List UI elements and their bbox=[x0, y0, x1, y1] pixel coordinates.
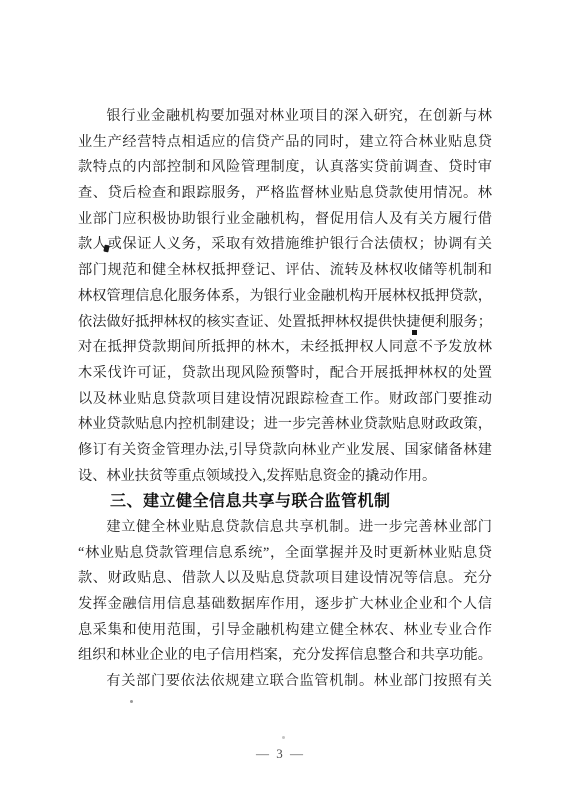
text-line: 业生产经营特点相适应的信贷产品的同时，建立符合林业贴息贷 bbox=[78, 130, 492, 156]
text-line: 发挥金融信用信息基础数据库作用，逐步扩大林业企业和个人信 bbox=[78, 592, 492, 618]
text-line: 依法做好抵押林权的核实查证、处置抵押林权提供快捷便利服务； bbox=[78, 310, 492, 336]
page-number: — 3 — bbox=[0, 746, 561, 762]
text-line: 息采集和使用范围，引导金融机构建立健全林农、林业专业合作 bbox=[78, 618, 492, 644]
text-line: 设、林业扶贫等重点领域投入,发挥贴息资金的撬动作用。 bbox=[78, 464, 492, 490]
ink-speck bbox=[130, 700, 133, 703]
text-line: 银行业金融机构要加强对林业项目的深入研究，在创新与林 bbox=[78, 104, 492, 130]
text-line: 有关部门要依法依规建立联合监管机制。林业部门按照有关 bbox=[78, 669, 492, 695]
text-line: 款人或保证人义务，采取有效措施维护银行合法债权；协调有关 bbox=[78, 232, 492, 258]
body-text: 银行业金融机构要加强对林业项目的深入研究，在创新与林 业生产经营特点相适应的信贷… bbox=[78, 104, 492, 695]
text-line: 建立健全林业贴息贷款信息共享机制。进一步完善林业部门 bbox=[78, 515, 492, 541]
ink-speck bbox=[412, 330, 417, 335]
text-line: 林权管理信息化服务体系，为银行业金融机构开展林权抵押贷款， bbox=[78, 284, 492, 310]
text-line: 款、财政贴息、借款人以及贴息贷款项目建设情况等信息。充分 bbox=[78, 566, 492, 592]
text-line: 款特点的内部控制和风险管理制度，认真落实贷前调查、贷时审 bbox=[78, 155, 492, 181]
text-line: 组织和林业企业的电子信用档案，充分发挥信息整合和共享功能。 bbox=[78, 643, 492, 669]
text-line: 以及林业贴息贷款项目建设情况跟踪检查工作。财政部门要推动 bbox=[78, 387, 492, 413]
text-line: “林业贴息贷款管理信息系统”，全面掌握并及时更新林业贴息贷 bbox=[78, 541, 492, 567]
scanned-document-page: 银行业金融机构要加强对林业项目的深入研究，在创新与林 业生产经营特点相适应的信贷… bbox=[0, 0, 561, 793]
text-line: 修订有关资金管理办法,引导贷款向林业产业发展、国家储备林建 bbox=[78, 438, 492, 464]
text-line: 部门规范和健全林权抵押登记、评估、流转及林权收储等机制和 bbox=[78, 258, 492, 284]
text-line: 业部门应积极协助银行业金融机构，督促用信人及有关方履行借 bbox=[78, 207, 492, 233]
text-line: 木采伐许可证，贷款出现风险预警时，配合开展抵押林权的处置 bbox=[78, 361, 492, 387]
ink-speck bbox=[282, 736, 285, 739]
text-line: 林业贷款贴息内控机制建设；进一步完善林业贷款贴息财政政策， bbox=[78, 412, 492, 438]
section-heading: 三、建立健全信息共享与联合监管机制 bbox=[78, 489, 492, 515]
text-line: 对在抵押贷款期间所抵押的林木，未经抵押权人同意不予发放林 bbox=[78, 335, 492, 361]
text-line: 查、贷后检查和跟踪服务，严格监督林业贴息贷款使用情况。林 bbox=[78, 181, 492, 207]
